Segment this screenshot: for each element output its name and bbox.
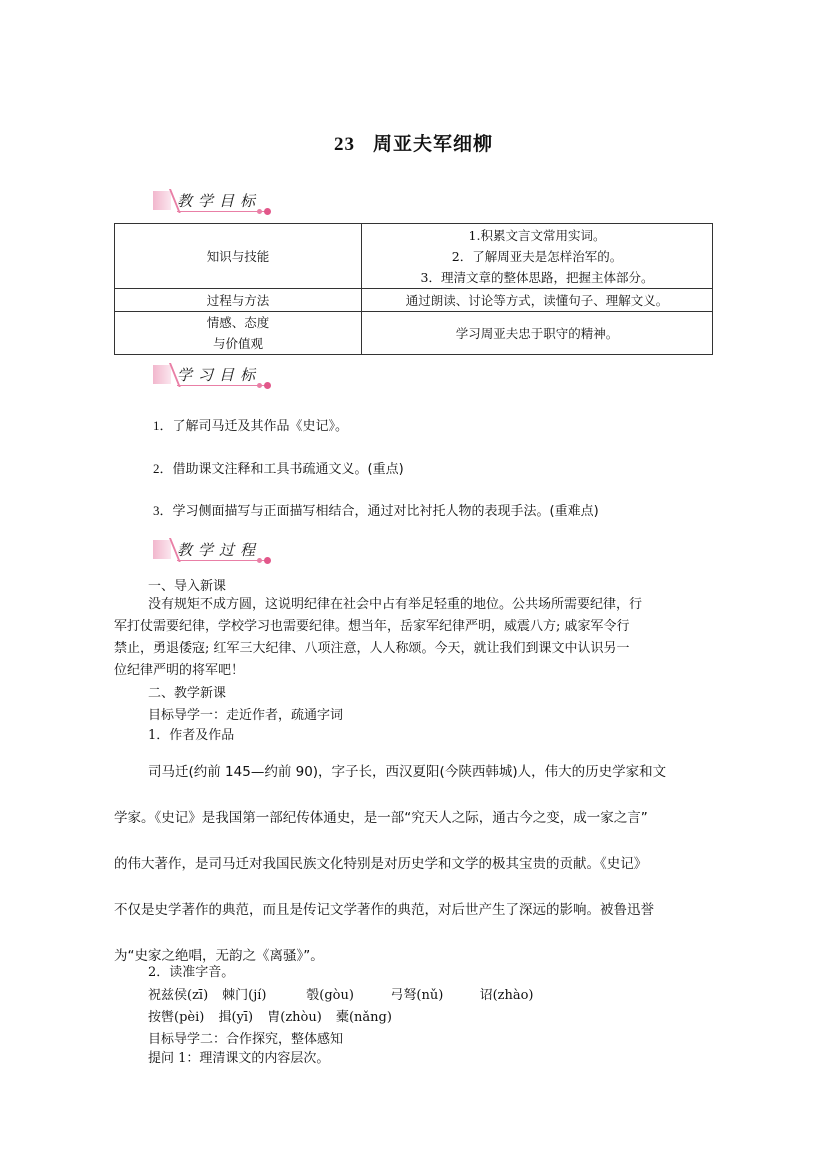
dot-icon xyxy=(264,208,271,215)
content-line: 1.积累文言文常用实词。 xyxy=(362,225,712,246)
table-row: 情感、态度 与价值观 学习周亚夫忠于职守的精神。 xyxy=(115,312,713,355)
header-underline xyxy=(177,560,265,561)
lesson-title: 周亚夫军细柳 xyxy=(373,133,493,155)
pronunciation-item: 诏(zhào) xyxy=(480,984,534,1003)
pronunciation-item: 按辔(pèi) xyxy=(148,1006,204,1025)
header-decoration xyxy=(153,365,171,384)
objective-text: 借助课文注释和工具书疏通文义。(重点) xyxy=(173,462,404,477)
table-cell-content: 1.积累文言文常用实词。 2．了解周亚夫是怎样治军的。 3．理清文章的整体思路，… xyxy=(362,224,713,289)
header-underline xyxy=(177,211,265,212)
learning-objective: 1．了解司马迁及其作品《史记》。 xyxy=(153,415,348,434)
header-decoration xyxy=(153,191,171,210)
author-line: 为“史家之绝唱，无韵之《离骚》”。 xyxy=(114,944,712,964)
table-cell-category: 过程与方法 xyxy=(115,289,362,312)
author-line: 不仅是史学著作的典范，而且是传记文学著作的典范，对后世产生了深远的影响。被鲁迅誉 xyxy=(114,898,712,918)
pronunciation-item: 棘门(jí) xyxy=(222,984,302,1003)
part2-heading: 二、教学新课 xyxy=(148,682,226,701)
section-header-teaching-goals: 教学目标 xyxy=(153,189,273,215)
pronunciation-item: 彀(gòu) xyxy=(306,984,386,1003)
learning-objective: 2．借助课文注释和工具书疏通文义。(重点) xyxy=(153,458,404,477)
category-line: 与价值观 xyxy=(115,333,361,354)
section-label: 学习目标 xyxy=(177,364,261,385)
page-title: 23周亚夫军细柳 xyxy=(0,129,827,156)
objective-number: 2． xyxy=(153,461,173,476)
item2-heading: 2．读准字音。 xyxy=(148,962,234,984)
table-cell-content: 通过朗读、讨论等方式，读懂句子、理解文义。 xyxy=(362,289,713,312)
table-row: 知识与技能 1.积累文言文常用实词。 2．了解周亚夫是怎样治军的。 3．理清文章… xyxy=(115,224,713,289)
part1-heading: 一、导入新课 xyxy=(148,575,226,594)
table-row: 过程与方法 通过朗读、讨论等方式，读懂句子、理解文义。 xyxy=(115,289,713,312)
intro-line: 军打仗需要纪律，学校学习也需要纪律。想当年，岳家军纪律严明，威震八方; 戚家军令… xyxy=(114,616,630,638)
pronunciation-item: 揖(yī) xyxy=(218,1006,253,1025)
header-underline xyxy=(177,385,265,386)
header-decoration xyxy=(153,540,171,559)
pronunciation-row: 祝兹侯(zī) 棘门(jí) 彀(gòu) 弓弩(nǔ) 诏(zhào) xyxy=(148,984,534,1003)
table-cell-category: 知识与技能 xyxy=(115,224,362,289)
table-cell-content: 学习周亚夫忠于职守的精神。 xyxy=(362,312,713,355)
dot-icon xyxy=(264,557,271,564)
content-line: 2．了解周亚夫是怎样治军的。 xyxy=(362,246,712,267)
pronunciation-item: 胄(zhòu) xyxy=(267,1006,322,1025)
item1-heading: 1．作者及作品 xyxy=(148,725,234,747)
pronunciation-item: 弓弩(nǔ) xyxy=(390,984,475,1003)
objective-text: 学习侧面描写与正面描写相结合，通过对比衬托人物的表现手法。(重难点) xyxy=(173,504,599,519)
section-label: 教学过程 xyxy=(177,539,261,560)
pronunciation-item: 橐(nǎng) xyxy=(336,1006,392,1025)
objective-text: 了解司马迁及其作品《史记》。 xyxy=(173,419,349,434)
teaching-goals-table: 知识与技能 1.积累文言文常用实词。 2．了解周亚夫是怎样治军的。 3．理清文章… xyxy=(114,223,713,355)
intro-line: 位纪律严明的将军吧！ xyxy=(114,660,244,682)
intro-line: 没有规矩不成方圆，这说明纪律在社会中占有举足轻重的地位。公共场所需要纪律，行 xyxy=(148,594,642,616)
section-header-teaching-process: 教学过程 xyxy=(153,538,273,564)
learning-objective: 3．学习侧面描写与正面描写相结合，通过对比衬托人物的表现手法。(重难点) xyxy=(153,500,599,519)
dot-icon xyxy=(264,382,271,389)
objective-number: 3． xyxy=(153,503,173,518)
pronunciation-row: 按辔(pèi) 揖(yī) 胄(zhòu) 橐(nǎng) xyxy=(148,1006,392,1025)
section-label: 教学目标 xyxy=(177,190,261,211)
table-cell-category: 情感、态度 与价值观 xyxy=(115,312,362,355)
author-line: 司马迁(约前 145—约前 90)，字子长，西汉夏阳(今陕西韩城)人，伟大的历史… xyxy=(148,760,712,780)
intro-line: 禁止，勇退倭寇; 红军三大纪律、八项注意，人人称颂。今天，就让我们到课文中认识另… xyxy=(114,638,630,660)
content-line: 3．理清文章的整体思路，把握主体部分。 xyxy=(362,267,712,288)
question-1: 提问 1：理清课文的内容层次。 xyxy=(148,1048,329,1070)
section-header-learning-goals: 学习目标 xyxy=(153,363,273,389)
category-line: 情感、态度 xyxy=(115,312,361,333)
author-line: 学家。《史记》是我国第一部纪传体通史，是一部“究天人之际，通古今之变，成一家之言… xyxy=(114,806,712,826)
pronunciation-item: 祝兹侯(zī) xyxy=(148,984,218,1003)
objective-number: 1． xyxy=(153,418,173,433)
lesson-number: 23 xyxy=(334,134,355,155)
guide2-heading: 目标导学二：合作探究，整体感知 xyxy=(148,1028,343,1047)
author-line: 的伟大著作，是司马迁对我国民族文化特别是对历史学和文学的极其宝贵的贡献。《史记》 xyxy=(114,852,712,872)
guide1-heading: 目标导学一：走近作者，疏通字词 xyxy=(148,704,343,723)
